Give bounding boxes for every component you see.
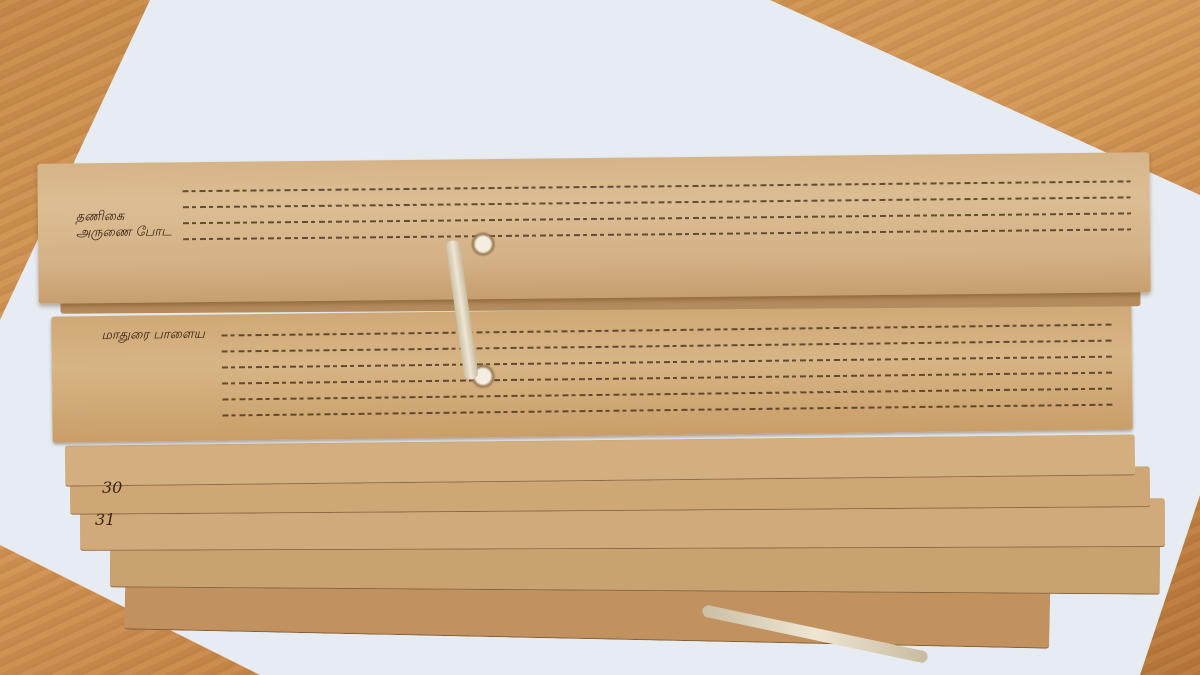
page-number-30: 30 <box>102 478 122 497</box>
leaf-text-lines <box>182 166 1133 254</box>
binding-hole <box>470 231 496 257</box>
leaf-margin-label: தணிகை அருணை போட <box>76 208 176 241</box>
leaf-text-lines <box>221 310 1112 431</box>
palm-leaf-second: மாதுரை பாளைய <box>51 303 1132 442</box>
palm-leaf-top: தணிகை அருணை போட <box>37 152 1150 304</box>
leaf-margin-label: மாதுரை பாளைய <box>101 327 211 344</box>
page-number-31: 31 <box>95 510 115 529</box>
